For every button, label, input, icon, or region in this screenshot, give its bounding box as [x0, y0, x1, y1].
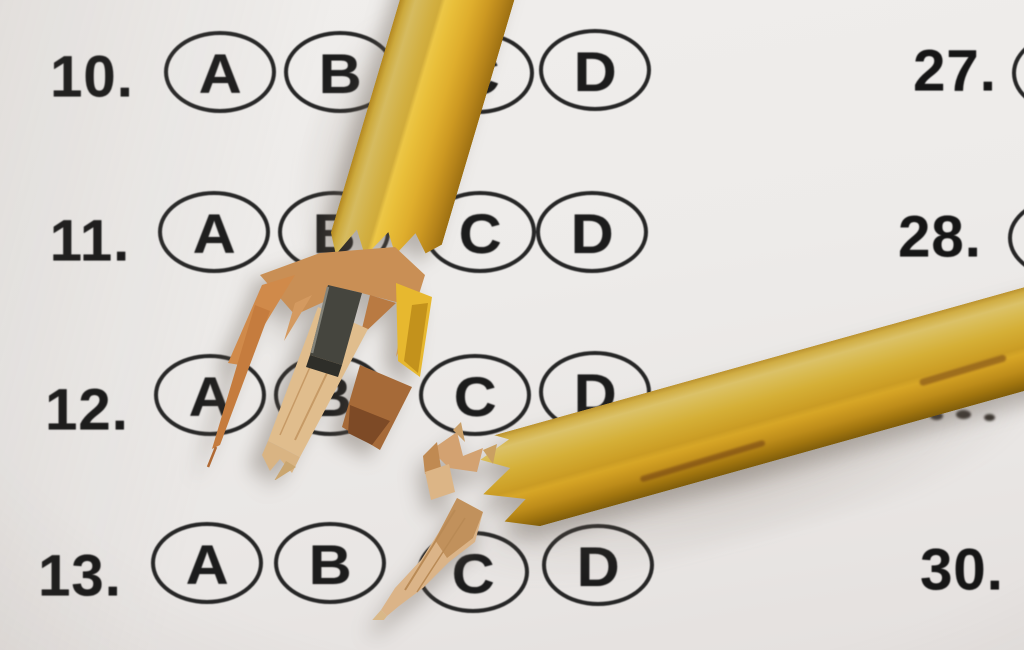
photo-of-answer-sheet-with-broken-pencil: 10. A B C D 11. A B C D 12. A B C D 13. …: [0, 0, 1024, 650]
bubble-10-C: C: [422, 32, 534, 114]
bubble-11-A: A: [158, 191, 270, 273]
partial-bubble-28-A: [1008, 197, 1024, 279]
bubble-10-B: B: [284, 31, 396, 113]
bubble-letter: D: [574, 359, 617, 426]
bubble-letter: B: [313, 199, 356, 266]
question-number-10: 10.: [50, 44, 134, 111]
obscured-print-mark: [806, 418, 817, 424]
obscured-print-mark: [930, 412, 943, 420]
obscured-print-mark: [984, 414, 995, 421]
bubble-11-D: D: [536, 191, 648, 273]
bubble-13-B: B: [274, 522, 386, 604]
bubble-letter: A: [193, 199, 236, 266]
bubble-10-D: D: [539, 29, 651, 111]
bubble-letter: C: [454, 362, 497, 429]
bubble-letter: C: [452, 539, 495, 606]
bubble-11-B: B: [278, 191, 390, 273]
question-number-30: 30.: [920, 537, 1004, 604]
question-number-27: 27.: [913, 38, 997, 105]
question-number-13: 13.: [38, 543, 122, 610]
bubble-letter: A: [199, 39, 242, 106]
bubble-letter: C: [459, 199, 502, 266]
question-number-12: 12.: [45, 377, 129, 444]
bubble-10-A: A: [164, 31, 276, 113]
bubble-12-C: C: [419, 354, 531, 436]
bubble-letter: B: [309, 362, 352, 429]
bubble-12-B: B: [274, 354, 386, 436]
question-number-11: 11.: [50, 208, 130, 275]
bubble-letter: A: [186, 530, 229, 597]
partial-bubble-27-A: [1012, 32, 1024, 114]
bubble-letter: D: [571, 199, 614, 266]
answer-sheet: 10. A B C D 11. A B C D 12. A B C D 13. …: [0, 0, 1024, 650]
bubble-12-D: D: [539, 351, 651, 433]
bubble-13-D: D: [542, 524, 654, 606]
bubble-letter: D: [577, 532, 620, 599]
bubble-letter: D: [574, 37, 617, 104]
bubble-letter: A: [189, 362, 232, 429]
bubble-letter: C: [457, 40, 500, 107]
bubble-11-C: C: [424, 191, 536, 273]
bubble-12-A: A: [154, 354, 266, 436]
bubble-letter: B: [319, 39, 362, 106]
bubble-letter: B: [309, 530, 352, 597]
bubble-13-C: C: [417, 531, 529, 613]
bubble-13-A: A: [151, 522, 263, 604]
question-number-28: 28.: [898, 204, 982, 271]
obscured-print-mark: [956, 410, 971, 419]
